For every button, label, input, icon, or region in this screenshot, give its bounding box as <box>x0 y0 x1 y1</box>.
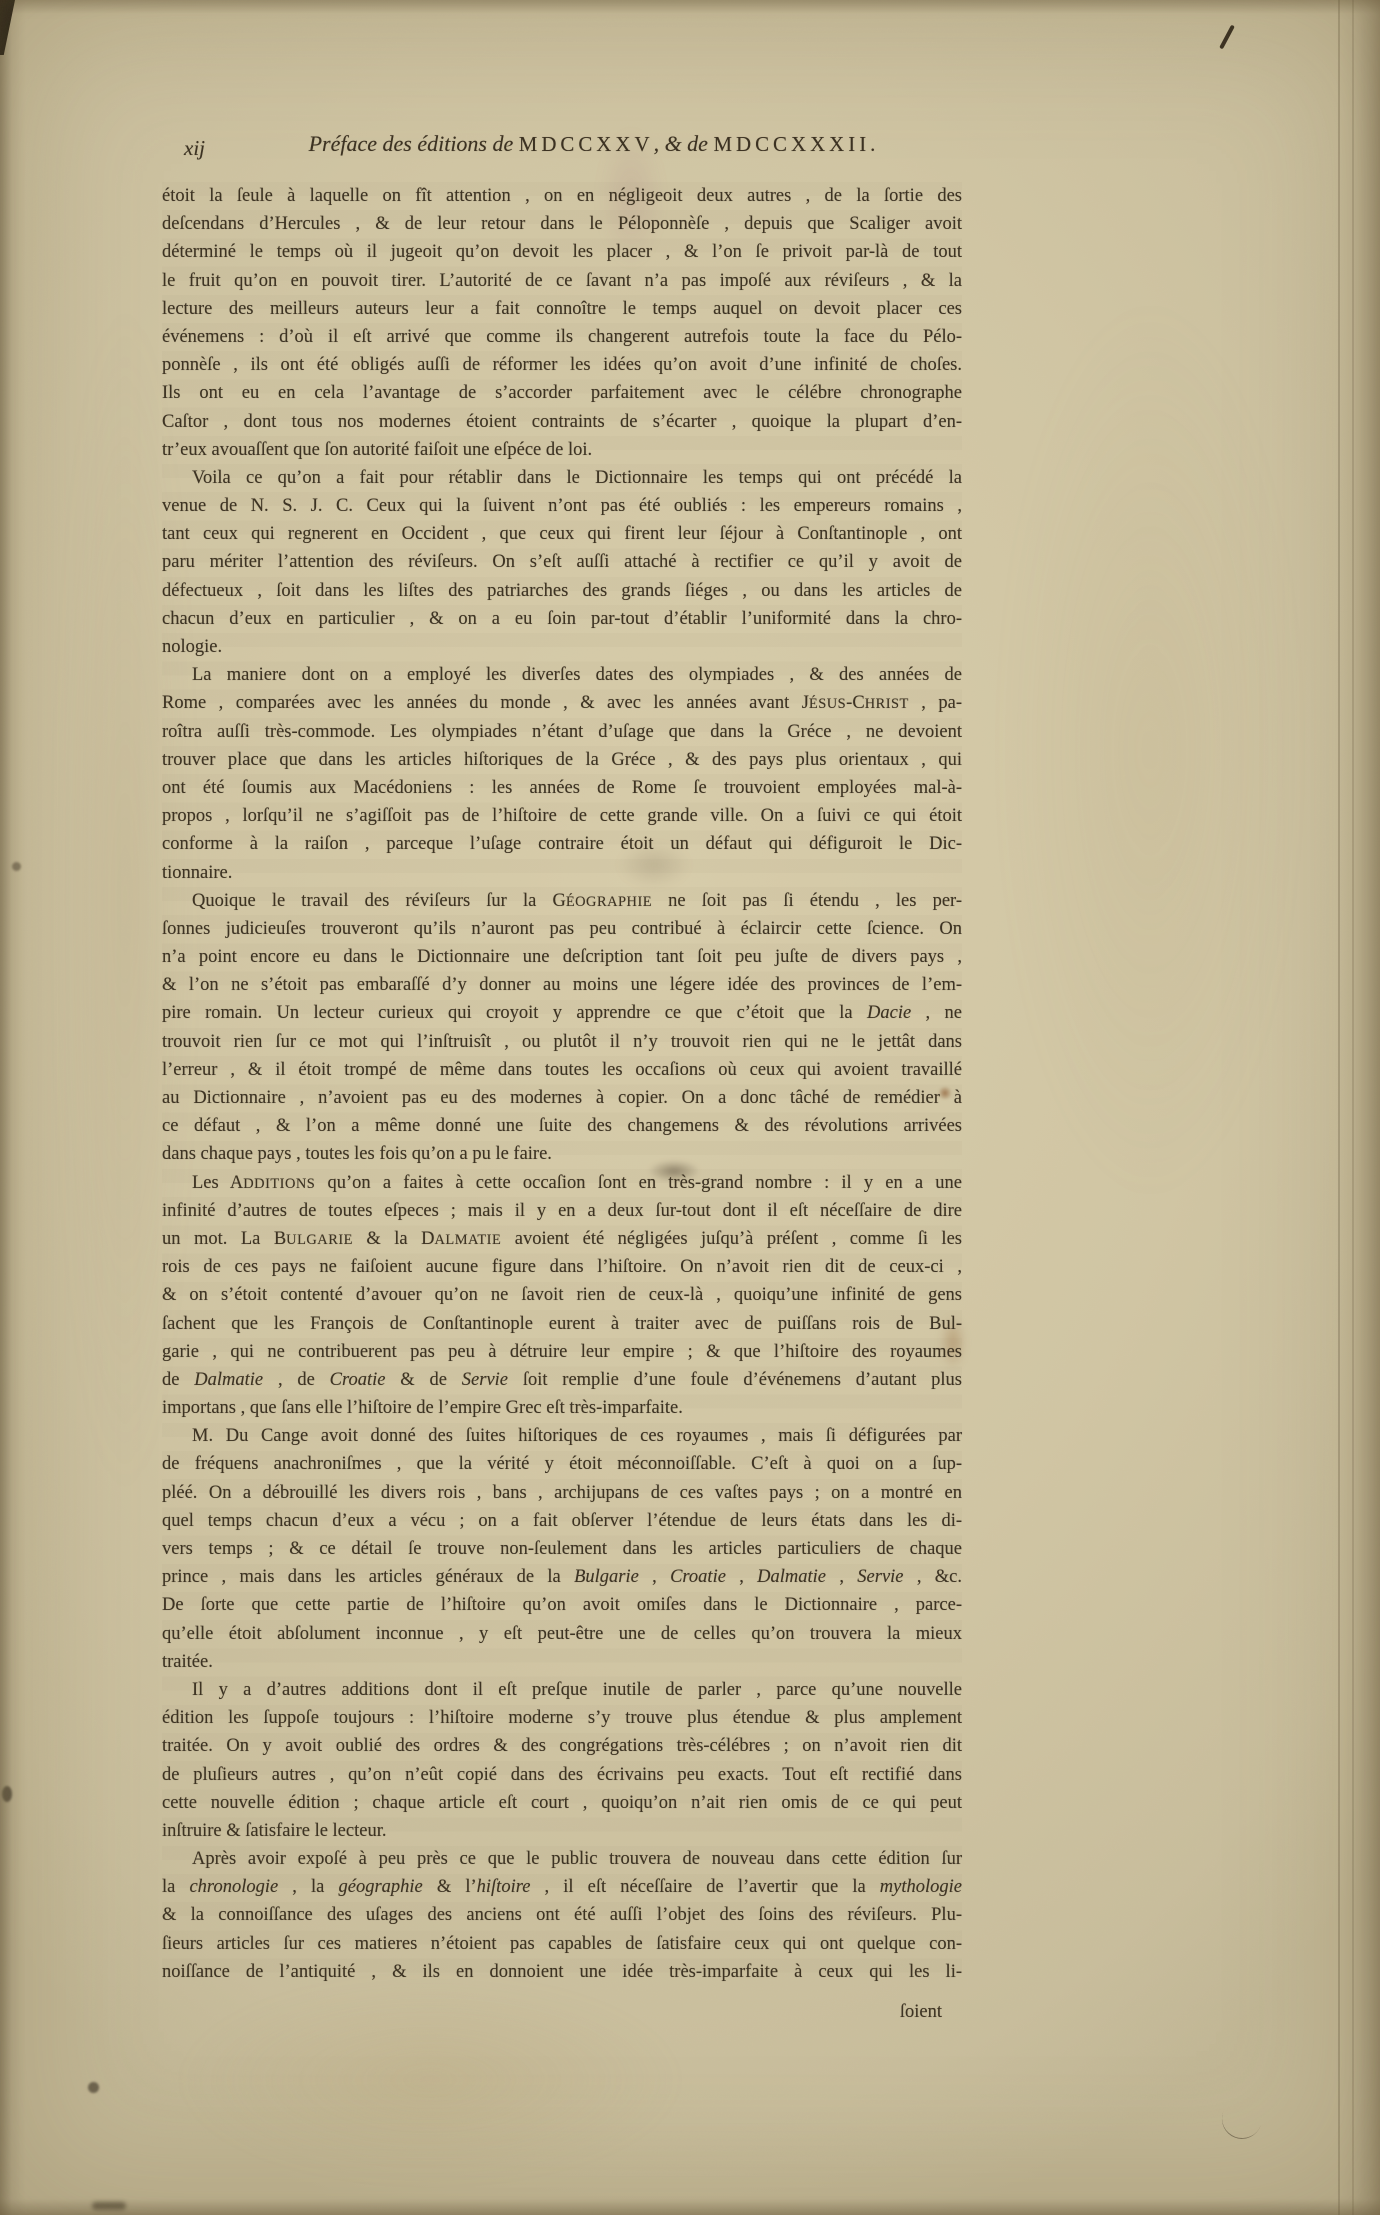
text-segment: ULGARIE <box>286 1232 353 1248</box>
text-segment: ÉOGRAPHIE <box>566 894 652 910</box>
catchword: ſoient <box>162 2002 962 2023</box>
text-line: ont été ſoumis aux Macédoniens : les ann… <box>162 774 962 802</box>
text-segment: un mot. La <box>162 1229 274 1249</box>
adjacent-page-edge-line <box>1352 0 1354 2215</box>
text-segment: B <box>274 1229 286 1249</box>
adjacent-page-edge-line <box>1338 0 1340 2215</box>
paragraph: étoit la ſeule à laquelle on fît attenti… <box>162 182 962 464</box>
text-segment: Les <box>192 1173 230 1193</box>
paragraph: Voila ce qu’on a fait pour rétablir dans… <box>162 464 962 661</box>
text-line: étoit la ſeule à laquelle on fît attenti… <box>162 182 962 210</box>
page-header: xij Préface des éditions de MDCCXXV, & d… <box>162 131 962 165</box>
text-line: Rome , comparées avec les années du mond… <box>162 689 962 717</box>
text-segment: Croatie <box>330 1370 386 1390</box>
text-segment: ALMATIE <box>434 1232 501 1248</box>
text-segment: J <box>802 693 809 713</box>
text-line: ſieurs articles ſur ces matieres n’étoie… <box>162 1930 962 1958</box>
text-line: importans , que ſans elle l’hiſtoire de … <box>162 1394 962 1422</box>
text-line: propos , lorſqu’il ne s’agiſſoit pas de … <box>162 802 962 830</box>
text-segment: , de <box>263 1370 330 1390</box>
running-title: Préface des éditions de MDCCXXV, & de MD… <box>162 131 962 157</box>
text-line: tr’eux avouaſſent que ſon autorité faiſo… <box>162 436 962 464</box>
text-line: pire romain. Un lecteur curieux qui croy… <box>162 999 962 1027</box>
text-segment: & de <box>386 1370 462 1390</box>
text-segment: D <box>421 1229 434 1249</box>
text-segment: , <box>639 1567 670 1587</box>
text-segment: Quoique le travail des réviſeurs ſur la <box>192 891 552 911</box>
edge-mark <box>2 1786 12 1802</box>
text-segment: , pa- <box>909 693 962 713</box>
text-line: chacun d’eux en particulier , & on a eu … <box>162 605 962 633</box>
text-line: lecture des meilleurs auteurs leur a fai… <box>162 295 962 323</box>
text-segment: Préface des éditions de <box>309 131 519 156</box>
text-line: de fréquens anachroniſmes , que la vérit… <box>162 1450 962 1478</box>
text-line: de pluſieurs autres , qu’on n’eût copié … <box>162 1761 962 1789</box>
text-segment: , la <box>278 1877 338 1897</box>
text-segment: , ne <box>911 1003 962 1023</box>
text-segment: ſoit remplie d’une foule d’événemens d’a… <box>508 1370 962 1390</box>
text-line: Il y a d’autres additions dont il eſt pr… <box>162 1676 962 1704</box>
text-line: ce défaut , & l’on a même donné une ſuit… <box>162 1112 962 1140</box>
paragraph: La maniere dont on a employé les diverſe… <box>162 661 962 887</box>
text-line: conforme à la raiſon , parceque l’uſage … <box>162 830 962 858</box>
page-left-edge-shadow <box>0 0 26 2215</box>
text-line: venue de N. S. J. C. Ceux qui la ſuivent… <box>162 492 962 520</box>
text-segment: G <box>552 891 565 911</box>
text-line: noiſſance de l’antiquité , & ils en donn… <box>162 1958 962 1986</box>
paragraph: Les ADDITIONS qu’on a faites à cette occ… <box>162 1169 962 1423</box>
fox-spot <box>12 862 21 871</box>
text-line: tant ceux qui regnerent en Occident , qu… <box>162 520 962 548</box>
pen-slash-mark <box>1219 25 1235 50</box>
text-line: & l’on ne s’étoit pas embaraſſé d’y donn… <box>162 971 962 999</box>
text-segment: ÉSUS <box>809 696 846 712</box>
text-line: Caſtor , dont tous nos modernes étoient … <box>162 408 962 436</box>
text-segment: , &c. <box>904 1567 962 1587</box>
edge-mark <box>88 2082 99 2093</box>
preface-body-text: étoit la ſeule à laquelle on fît attenti… <box>162 182 962 1986</box>
text-segment: mythologie <box>880 1877 962 1897</box>
paragraph: Quoique le travail des réviſeurs ſur la … <box>162 887 962 1169</box>
text-segment: & l’ <box>423 1877 477 1897</box>
text-line: traitée. On y avoit oublié des ordres & … <box>162 1732 962 1760</box>
text-line: roîtra auſſi très-commode. Les olympiade… <box>162 718 962 746</box>
text-segment: HRIST <box>865 696 909 712</box>
text-segment: ne ſoit pas ſi étendu , les per- <box>652 891 962 911</box>
text-line: & on s’étoit contenté d’avouer qu’on ne … <box>162 1281 962 1309</box>
text-line: & la connoiſſance des uſages des anciens… <box>162 1901 962 1929</box>
text-segment: , <box>726 1567 757 1587</box>
text-segment: & la <box>353 1229 421 1249</box>
text-line: déterminé le temps où il jugeoit qu’on d… <box>162 238 962 266</box>
text-segment: chronologie <box>189 1877 278 1897</box>
text-line: trouver place que dans les articles hiſt… <box>162 746 962 774</box>
text-line: au Dictionnaire , n’avoient pas eu des m… <box>162 1084 962 1112</box>
text-segment: prince , mais dans les articles généraux… <box>162 1567 574 1587</box>
text-line: garie , qui ne contribuerent pas peu à d… <box>162 1338 962 1366</box>
text-line: inſtruire & ſatisfaire le lecteur. <box>162 1817 962 1845</box>
text-line: Quoique le travail des réviſeurs ſur la … <box>162 887 962 915</box>
text-segment: hiſtoire <box>477 1877 531 1897</box>
text-segment: Dalmatie <box>194 1370 263 1390</box>
text-segment: Servie <box>857 1567 903 1587</box>
scanned-page: { "colors": { "paper": "#d1c6a4", "ink":… <box>0 0 1380 2215</box>
binding-corner-mark <box>0 0 15 55</box>
text-segment: de <box>162 1370 194 1390</box>
text-segment: pire romain. Un lecteur curieux qui croy… <box>162 1003 867 1023</box>
text-line: n’a point encore eu dans le Dictionnaire… <box>162 943 962 971</box>
text-line: ſachent que les François de Conſtantinop… <box>162 1310 962 1338</box>
text-line: de Dalmatie , de Croatie & de Servie ſoi… <box>162 1366 962 1394</box>
edge-mark <box>92 2202 126 2210</box>
text-line: trouvoit rien ſur ce mot qui l’inſtruisî… <box>162 1028 962 1056</box>
text-line: deſcendans d’Hercules , & de leur retour… <box>162 210 962 238</box>
text-line: cette nouvelle édition ; chaque article … <box>162 1789 962 1817</box>
text-line: vers temps ; & ce détail ſe trouve non-ſ… <box>162 1535 962 1563</box>
page-right-edge-shadow <box>1336 0 1380 2215</box>
page-top-edge-shadow <box>0 0 1380 14</box>
text-line: l’erreur , & il étoit trompé de même dan… <box>162 1056 962 1084</box>
text-line: un mot. La BULGARIE & la DALMATIE avoien… <box>162 1225 962 1253</box>
text-line: dans chaque pays , toutes les fois qu’on… <box>162 1140 962 1168</box>
text-line: La maniere dont on a employé les diverſe… <box>162 661 962 689</box>
paragraph: M. Du Cange avoit donné des ſuites hiſto… <box>162 1422 962 1676</box>
text-segment: , <box>826 1567 857 1587</box>
text-segment: DDITIONS <box>243 1176 315 1192</box>
text-segment: Rome , comparées avec les années du mond… <box>162 693 802 713</box>
text-line: prince , mais dans les articles généraux… <box>162 1563 962 1591</box>
text-line: infinité d’autres de toutes eſpeces ; ma… <box>162 1197 962 1225</box>
text-segment: C <box>852 693 864 713</box>
text-segment: la <box>162 1877 189 1897</box>
text-segment: géographie <box>338 1877 422 1897</box>
text-line: pléé. On a débrouillé les divers rois , … <box>162 1479 962 1507</box>
text-line: paru mériter l’attention des réviſeurs. … <box>162 548 962 576</box>
text-segment: Dacie <box>867 1003 911 1023</box>
page-bottom-edge-shadow <box>0 2199 1380 2215</box>
text-line: Après avoir expoſé à peu près ce que le … <box>162 1845 962 1873</box>
paragraph: Après avoir expoſé à peu près ce que le … <box>162 1845 962 1986</box>
text-segment: Servie <box>462 1370 508 1390</box>
text-segment: MDCCXXXII. <box>713 132 879 156</box>
text-line: la chronologie , la géographie & l’hiſto… <box>162 1873 962 1901</box>
text-segment: Bulgarie <box>574 1567 639 1587</box>
text-segment: , il eſt néceſſaire de l’avertir que la <box>530 1877 879 1897</box>
text-line: De ſorte que cette partie de l’hiſtoire … <box>162 1591 962 1619</box>
text-line: Ils ont eu en cela l’avantage de s’accor… <box>162 379 962 407</box>
text-segment: avoient été négligées juſqu’à préſent , … <box>501 1229 962 1249</box>
text-segment: MDCCXXV <box>519 132 654 156</box>
text-segment: , & de <box>654 131 714 156</box>
text-segment: Croatie <box>670 1567 726 1587</box>
text-line: défectueux , ſoit dans les liſtes des pa… <box>162 577 962 605</box>
hair-mark <box>1216 2092 1268 2144</box>
text-line: quel temps chacun d’eux a vécu ; on a fa… <box>162 1507 962 1535</box>
text-line: tionnaire. <box>162 859 962 887</box>
text-segment: qu’on a faites à cette occaſion ſont en … <box>315 1173 962 1193</box>
text-segment: A <box>230 1173 243 1193</box>
text-line: Voila ce qu’on a fait pour rétablir dans… <box>162 464 962 492</box>
paragraph: Il y a d’autres additions dont il eſt pr… <box>162 1676 962 1845</box>
text-line: rois de ces pays ne faiſoient aucune fig… <box>162 1253 962 1281</box>
text-line: édition les ſuppoſe toujours : l’hiſtoir… <box>162 1704 962 1732</box>
paper-discoloration <box>1000 300 1300 1200</box>
text-line: ſonnes judicieuſes trouveront qu’ils n’a… <box>162 915 962 943</box>
text-line: traitée. <box>162 1648 962 1676</box>
text-line: Les ADDITIONS qu’on a faites à cette occ… <box>162 1169 962 1197</box>
text-line: ponnèſe , ils ont été obligés auſſi de r… <box>162 351 962 379</box>
text-line: le fruit qu’on en pouvoit tirer. L’autor… <box>162 267 962 295</box>
text-line: nologie. <box>162 633 962 661</box>
text-line: qu’elle étoit abſolument inconnue , y eſ… <box>162 1620 962 1648</box>
text-segment: Dalmatie <box>757 1567 826 1587</box>
text-line: événemens : d’où il eſt arrivé que comme… <box>162 323 962 351</box>
text-line: M. Du Cange avoit donné des ſuites hiſto… <box>162 1422 962 1450</box>
